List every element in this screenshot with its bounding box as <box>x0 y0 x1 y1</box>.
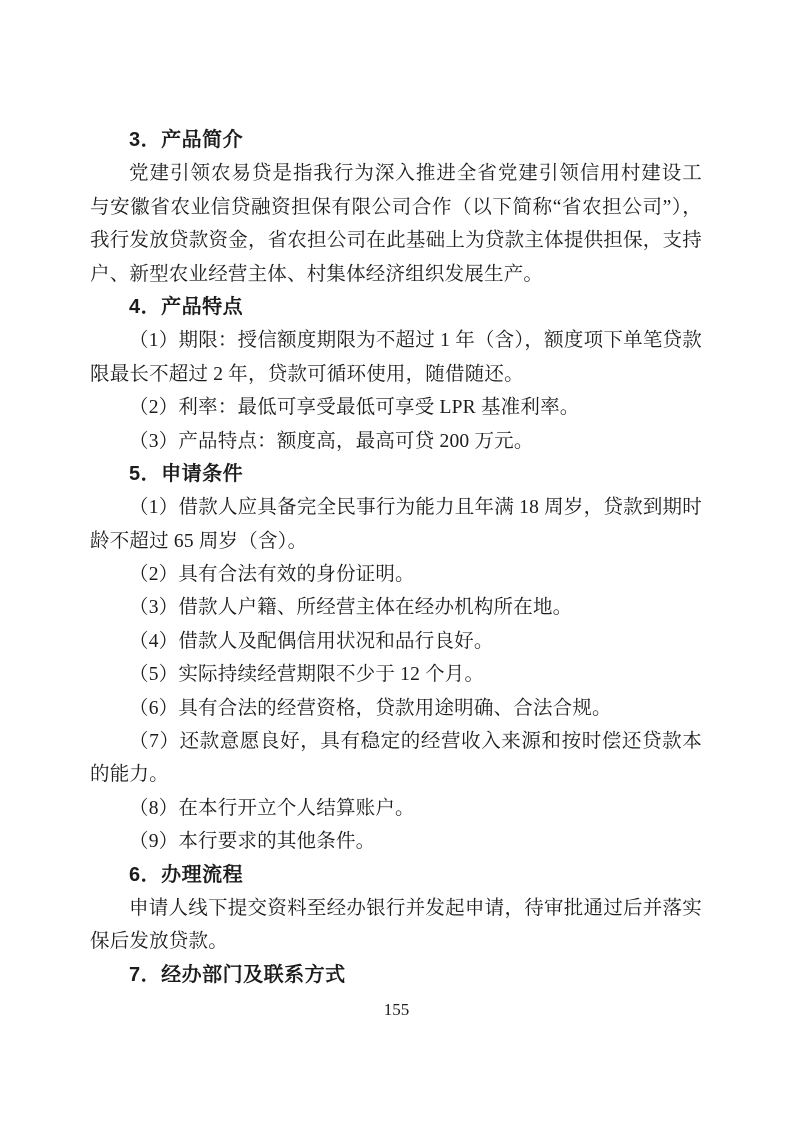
paragraph-line: 党建引领农易贷是指我行为深入推进全省党建引领信用村建设工作， <box>90 157 702 190</box>
paragraph-line: （1）借款人应具备完全民事行为能力且年满 18 周岁，贷款到期时年 <box>90 491 702 524</box>
paragraph-line: 与安徽省农业信贷融资担保有限公司合作（以下简称“省农担公司”），由 <box>90 191 702 224</box>
paragraph-line: 的能力。 <box>90 758 702 791</box>
document-page: 3．产品简介党建引领农易贷是指我行为深入推进全省党建引领信用村建设工作，与安徽省… <box>0 0 793 1122</box>
page-number: 155 <box>0 996 793 1024</box>
document-content: 3．产品简介党建引领农易贷是指我行为深入推进全省党建引领信用村建设工作，与安徽省… <box>90 124 702 992</box>
paragraph-line: （5）实际持续经营期限不少于 12 个月。 <box>90 658 702 691</box>
paragraph-line: （1）期限：授信额度期限为不超过 1 年（含），额度项下单笔贷款期 <box>90 324 702 357</box>
section-heading: 5．申请条件 <box>90 458 702 491</box>
paragraph-line: 龄不超过 65 周岁（含）。 <box>90 525 702 558</box>
section-heading: 7．经办部门及联系方式 <box>90 959 702 992</box>
paragraph-line: （3）借款人户籍、所经营主体在经办机构所在地。 <box>90 591 702 624</box>
section-heading: 4．产品特点 <box>90 291 702 324</box>
paragraph-line: （2）具有合法有效的身份证明。 <box>90 558 702 591</box>
paragraph-line: 保后发放贷款。 <box>90 925 702 958</box>
paragraph-line: （6）具有合法的经营资格，贷款用途明确、合法合规。 <box>90 692 702 725</box>
paragraph-line: （7）还款意愿良好，具有稳定的经营收入来源和按时偿还贷款本息 <box>90 725 702 758</box>
paragraph-line: （9）本行要求的其他条件。 <box>90 825 702 858</box>
section-heading: 6．办理流程 <box>90 859 702 892</box>
paragraph-line: 申请人线下提交资料至经办银行并发起申请，待审批通过后并落实担 <box>90 892 702 925</box>
paragraph-line: （4）借款人及配偶信用状况和品行良好。 <box>90 625 702 658</box>
section-heading: 3．产品简介 <box>90 124 702 157</box>
paragraph-line: （3）产品特点：额度高，最高可贷 200 万元。 <box>90 425 702 458</box>
paragraph-line: 户、新型农业经营主体、村集体经济组织发展生产。 <box>90 258 702 291</box>
paragraph-line: 我行发放贷款资金，省农担公司在此基础上为贷款主体提供担保，支持农 <box>90 224 702 257</box>
paragraph-line: 限最长不超过 2 年，贷款可循环使用，随借随还。 <box>90 358 702 391</box>
paragraph-line: （2）利率：最低可享受最低可享受 LPR 基准利率。 <box>90 391 702 424</box>
paragraph-line: （8）在本行开立个人结算账户。 <box>90 792 702 825</box>
